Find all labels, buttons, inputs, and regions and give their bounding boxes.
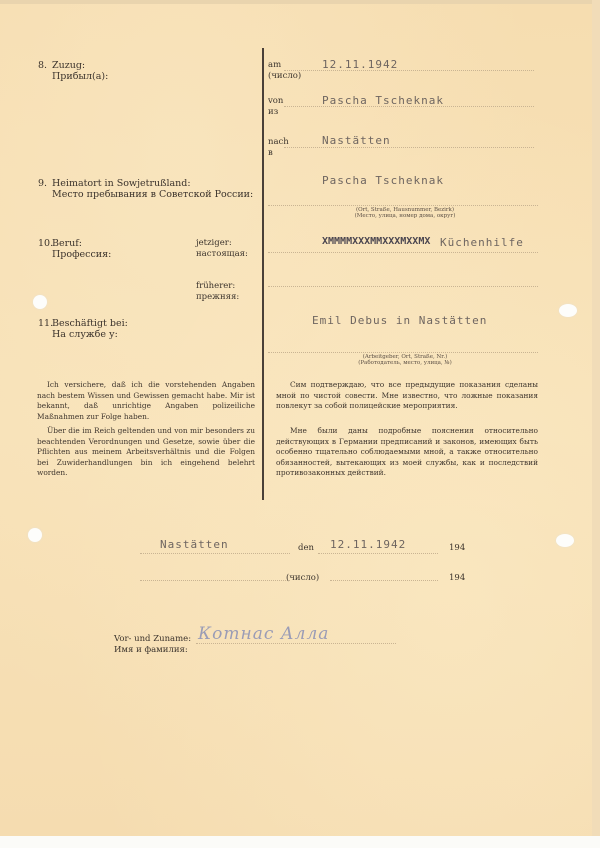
name-label-ru: Имя и фамилия: — [114, 645, 188, 655]
from-prefix-de: von — [268, 96, 283, 106]
signature-underline — [196, 643, 396, 644]
year-prefix-ru: 194 — [449, 573, 465, 583]
section-9-label-de: Heimatort in Sowjetrußland: — [52, 178, 191, 189]
date-ru-underline — [330, 580, 438, 581]
place-ru-underline — [140, 580, 290, 581]
home-town-underline — [268, 205, 538, 206]
name-label-de: Vor- und Zuname: — [114, 634, 191, 644]
signing-date-value: 12.11.1942 — [330, 538, 406, 551]
date-prefix-ru: (число) — [268, 71, 301, 81]
previous-profession-label-de: früherer: — [196, 281, 235, 291]
arrival-to-value: Nastätten — [322, 134, 391, 147]
home-town-value: Pascha Tscheknak — [322, 174, 444, 187]
to-prefix-ru: в — [268, 148, 273, 158]
signing-date-underline — [318, 553, 438, 554]
current-profession-label-ru: настоящая: — [196, 249, 248, 259]
previous-profession-label-ru: прежняя: — [196, 292, 239, 302]
to-prefix-de: nach — [268, 137, 289, 147]
from-prefix-ru: из — [268, 107, 278, 117]
section-8-number: 8. — [38, 60, 47, 71]
declaration-de-paragraph-1: Ich versichere, daß ich die vorstehenden… — [37, 380, 255, 422]
year-prefix-de: 194 — [449, 543, 465, 553]
home-town-hint-ru: (Место, улица, номер дома, округ) — [330, 213, 480, 220]
paper-edge-right — [592, 0, 600, 848]
current-profession-underline — [268, 252, 538, 253]
section-8-label-de: Zuzug: — [52, 60, 85, 71]
section-10-label-de: Beruf: — [52, 238, 82, 249]
date-label-ru: (число) — [286, 573, 319, 583]
punch-hole-right-upper — [559, 304, 577, 317]
signing-place-underline — [140, 553, 290, 554]
section-11-number: 11. — [38, 318, 53, 329]
paper-edge-top — [0, 0, 600, 4]
current-profession-label-de: jetziger: — [196, 238, 232, 248]
handwritten-signature: Котнас Алла — [198, 624, 329, 644]
previous-profession-underline — [268, 286, 538, 287]
current-profession-value: Küchenhilfe — [440, 236, 524, 249]
punch-hole-right-lower — [556, 534, 574, 547]
section-9-label-ru: Место пребывания в Советской России: — [52, 189, 253, 200]
signing-place-value: Nastätten — [160, 538, 229, 551]
punch-hole-left-upper — [33, 295, 47, 309]
section-10-number: 10. — [38, 238, 53, 249]
section-8-label-ru: Прибыл(а): — [52, 71, 108, 82]
struck-out-typing: XMMMMXXXMMXXXMXXMX — [322, 236, 430, 247]
employer-underline — [268, 352, 538, 353]
declaration-de-paragraph-2: Über die im Reich geltenden und von mir … — [37, 426, 255, 479]
section-11-label-de: Beschäftigt bei: — [52, 318, 128, 329]
employer-value: Emil Debus in Nastätten — [312, 314, 487, 327]
document-page: 8. Zuzug: Прибыл(а): am (число) 12.11.19… — [0, 0, 600, 848]
section-9-number: 9. — [38, 178, 47, 189]
section-10-label-ru: Профессия: — [52, 249, 111, 260]
punch-hole-left-lower — [28, 528, 42, 542]
declaration-ru-paragraph-1: Сим подтверждаю, что все предыдущие пока… — [276, 380, 538, 412]
arrival-date-value: 12.11.1942 — [322, 58, 398, 71]
section-11-label-ru: На службе у: — [52, 329, 118, 340]
column-divider — [262, 48, 264, 500]
arrival-from-value: Pascha Tscheknak — [322, 94, 444, 107]
declaration-ru-paragraph-2: Мне были даны подробные пояснения относи… — [276, 426, 538, 479]
scan-margin-bottom — [0, 836, 600, 848]
to-underline — [284, 147, 534, 148]
date-den-label: den — [298, 543, 314, 553]
date-prefix-de: am — [268, 60, 281, 70]
employer-hint-ru: (Работодатель, место, улица, №) — [330, 360, 480, 367]
